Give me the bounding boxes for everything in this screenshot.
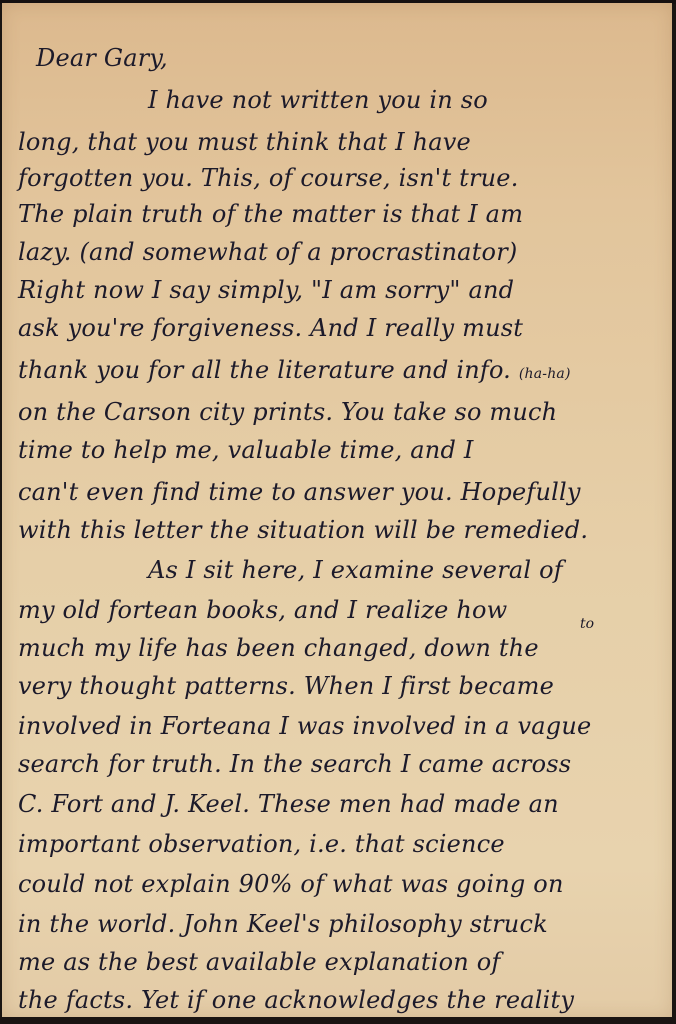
- scan-bottom-edge: [0, 1017, 676, 1024]
- letter-line: forgotten you. This, of course, isn't tr…: [18, 163, 519, 193]
- letter-line-text: thank you for all the literature and inf…: [18, 356, 511, 384]
- insertion-mark: to: [580, 617, 594, 631]
- letter-line: can't even find time to answer you. Hope…: [18, 477, 581, 507]
- letter-line: me as the best available explanation of: [18, 947, 500, 977]
- letter-line: thank you for all the literature and inf…: [18, 355, 571, 389]
- letter-page: Dear Gary, I have not written you in so …: [2, 3, 672, 1018]
- letter-line: I have not written you in so: [148, 85, 488, 115]
- letter-line: ask you're forgiveness. And I really mus…: [18, 313, 523, 343]
- letter-line: lazy. (and somewhat of a procrastinator): [18, 237, 517, 267]
- letter-line: with this letter the situation will be r…: [18, 515, 588, 545]
- letter-line: The plain truth of the matter is that I …: [18, 199, 523, 229]
- letter-line: search for truth. In the search I came a…: [18, 749, 571, 779]
- letter-line: Right now I say simply, "I am sorry" and: [18, 275, 514, 305]
- letter-line: important observation, i.e. that science: [18, 829, 505, 859]
- letter-line: C. Fort and J. Keel. These men had made …: [18, 789, 559, 819]
- letter-line: on the Carson city prints. You take so m…: [18, 397, 557, 427]
- letter-line: much my life has been changed, down the: [18, 633, 539, 663]
- letter-line: could not explain 90% of what was going …: [18, 869, 564, 899]
- letter-line: very thought patterns. When I first beca…: [18, 671, 554, 701]
- letter-line: time to help me, valuable time, and I: [18, 435, 474, 465]
- letter-line: As I sit here, I examine several of: [148, 555, 563, 585]
- letter-line: the facts. Yet if one acknowledges the r…: [18, 985, 574, 1015]
- letter-line: in the world. John Keel's philosophy str…: [18, 909, 548, 939]
- salutation: Dear Gary,: [36, 43, 168, 73]
- letter-line: my old fortean books, and I realize how: [18, 595, 507, 625]
- aside-note: (ha-ha): [519, 366, 571, 382]
- letter-line: involved in Forteana I was involved in a…: [18, 711, 591, 741]
- letter-body: Dear Gary, I have not written you in so …: [2, 3, 672, 1018]
- letter-line: long, that you must think that I have: [18, 127, 471, 157]
